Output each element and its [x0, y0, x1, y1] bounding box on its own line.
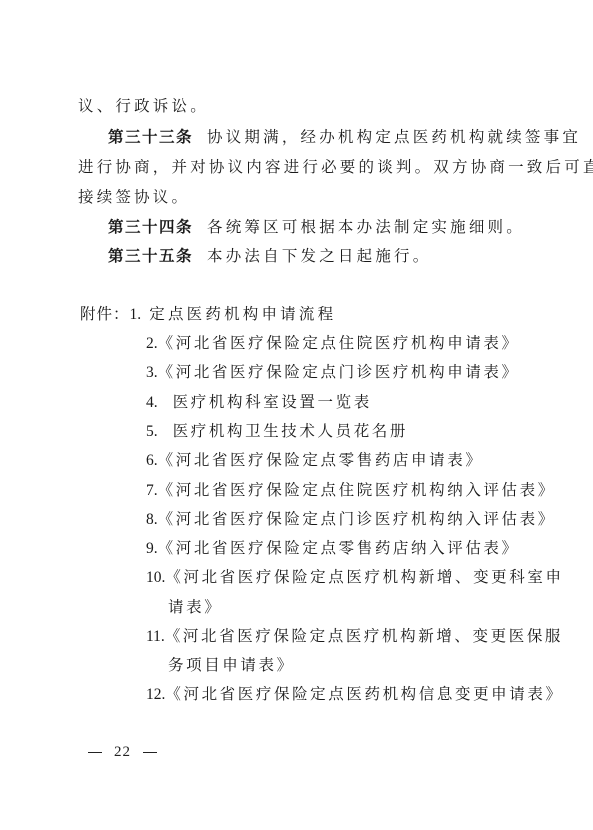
attachment-item-8: 8.《河北省医疗保险定点门诊医疗机构纳入评估表》	[146, 509, 556, 530]
attachment-number: 10.	[146, 569, 165, 586]
page-footer: 22	[88, 744, 157, 761]
attachment-title: 《河北省医疗保险定点门诊医疗机构申请表》	[158, 363, 520, 381]
attachment-number: 11.	[146, 628, 165, 645]
attachment-item-3: 3.《河北省医疗保险定点门诊医疗机构申请表》	[146, 362, 520, 383]
article-heading: 第三十三条	[108, 128, 193, 146]
attachment-item-9: 9.《河北省医疗保险定点零售药店纳入评估表》	[146, 538, 520, 559]
attachment-item-10-continuation: 请表》	[168, 597, 222, 617]
attachment-item-10: 10.《河北省医疗保险定点医疗机构新增、变更科室申	[146, 567, 564, 588]
article-34: 第三十四条各统筹区可根据本办法制定实施细则。	[108, 217, 525, 237]
attachment-item-7: 7.《河北省医疗保险定点住院医疗机构纳入评估表》	[146, 480, 556, 501]
attachment-item-1: 附件：1. 定点医药机构申请流程	[80, 304, 336, 325]
article-heading: 第三十五条	[108, 247, 193, 265]
attachment-item-12: 12.《河北省医疗保险定点医药机构信息变更申请表》	[146, 684, 564, 705]
attachment-title: 《河北省医疗保险定点零售药店纳入评估表》	[158, 539, 520, 557]
attachment-number: 6.	[146, 452, 158, 469]
attachment-number: 2.	[146, 335, 158, 352]
attachments-label: 附件：	[80, 305, 130, 323]
attachment-title: 《河北省医疗保险定点医疗机构新增、变更医保服	[165, 627, 563, 645]
article-33: 第三十三条协议期满，经办机构定点医药机构就续签事宜	[108, 127, 581, 147]
article-text: 各统筹区可根据本办法制定实施细则。	[207, 218, 525, 236]
attachment-number: 12.	[146, 686, 165, 703]
attachment-title: 《河北省医疗保险定点医药机构信息变更申请表》	[165, 685, 563, 703]
article-33-line-2: 进行协商，并对协议内容进行必要的谈判。双方协商一致后可直	[78, 157, 593, 177]
attachment-number: 5.	[146, 423, 158, 440]
attachment-title: 医疗机构科室设置一览表	[173, 393, 372, 411]
continuation-text: 议、行政诉讼。	[78, 96, 209, 116]
attachment-title: 《河北省医疗保险定点医疗机构新增、变更科室申	[165, 568, 563, 586]
attachment-number: 7.	[146, 482, 158, 499]
attachment-item-4: 4. 医疗机构科室设置一览表	[146, 392, 372, 413]
article-35: 第三十五条本办法自下发之日起施行。	[108, 246, 431, 266]
article-text: 协议期满，经办机构定点医药机构就续签事宜	[207, 128, 581, 146]
attachment-title: 《河北省医疗保险定点门诊医疗机构纳入评估表》	[158, 510, 556, 528]
attachment-number: 8.	[146, 511, 158, 528]
attachment-title: 定点医药机构申请流程	[149, 305, 336, 323]
attachment-item-2: 2.《河北省医疗保险定点住院医疗机构申请表》	[146, 333, 520, 354]
article-heading: 第三十四条	[108, 218, 193, 236]
article-33-line-3: 接续签协议。	[78, 187, 190, 207]
attachment-title: 《河北省医疗保险定点住院医疗机构纳入评估表》	[158, 481, 556, 499]
attachment-number: 9.	[146, 540, 158, 557]
dash-right	[143, 752, 157, 754]
document-page: 议、行政诉讼。 第三十三条协议期满，经办机构定点医药机构就续签事宜 进行协商，并…	[0, 0, 593, 830]
attachment-number: 3.	[146, 364, 158, 381]
page-number: 22	[114, 744, 131, 761]
attachment-item-5: 5. 医疗机构卫生技术人员花名册	[146, 421, 408, 442]
attachment-title: 《河北省医疗保险定点零售药店申请表》	[158, 451, 484, 469]
attachment-item-6: 6.《河北省医疗保险定点零售药店申请表》	[146, 450, 483, 471]
article-text: 本办法自下发之日起施行。	[207, 247, 431, 265]
attachment-title: 《河北省医疗保险定点住院医疗机构申请表》	[158, 334, 520, 352]
attachment-item-11: 11.《河北省医疗保险定点医疗机构新增、变更医保服	[146, 626, 563, 647]
attachment-title: 医疗机构卫生技术人员花名册	[173, 422, 408, 440]
attachment-item-11-continuation: 务项目申请表》	[168, 655, 295, 675]
dash-left	[88, 752, 102, 754]
attachment-number: 4.	[146, 394, 158, 411]
attachment-number: 1.	[130, 306, 142, 323]
